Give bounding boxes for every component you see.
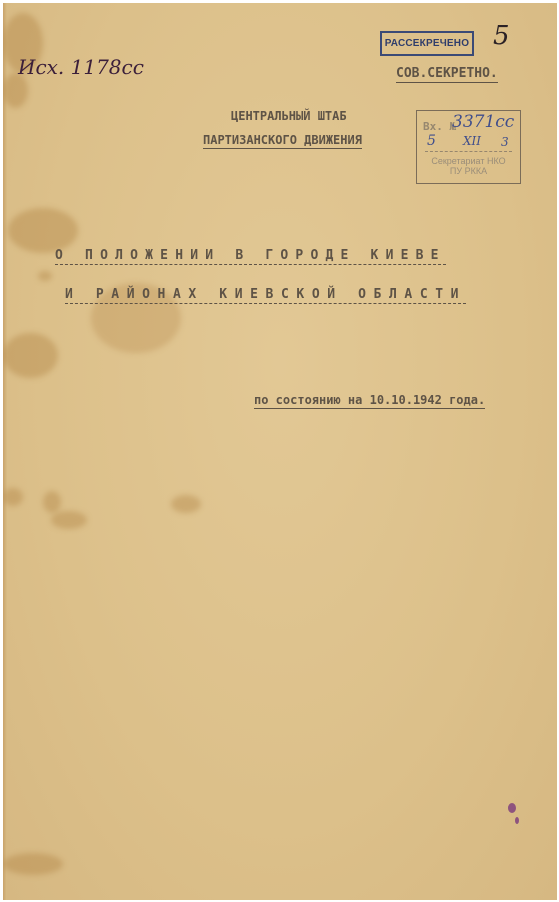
declassified-stamp: РАССЕКРЕЧЕНО — [380, 31, 474, 56]
stain — [8, 208, 78, 253]
registration-number: 3371сс — [452, 112, 514, 132]
registration-office: Секретариат НКО ПУ РККА — [417, 156, 520, 176]
ink-mark — [515, 817, 519, 824]
issuer-line-2: ПАРТИЗАНСКОГО ДВИЖЕНИЯ — [203, 133, 362, 149]
registration-stamp: Вх. № 3371сс 5 XII 3 Секретариат НКО ПУ … — [416, 110, 521, 184]
paper-edge — [3, 3, 7, 900]
stain — [51, 511, 87, 529]
registration-month: XII — [463, 134, 481, 148]
title-line-2: И РАЙОНАХ КИЕВСКОЙ ОБЛАСТИ — [65, 287, 466, 304]
office-line-2: ПУ РККА — [417, 166, 520, 176]
office-line-1: Секретариат НКО — [417, 156, 520, 166]
as-of-date: по состоянию на 10.10.1942 года. — [254, 393, 485, 409]
issuer-line-1: ЦЕНТРАЛЬНЫЙ ШТАБ — [231, 109, 347, 123]
stain — [3, 488, 23, 506]
handwritten-page-number: 5 — [493, 21, 510, 51]
date-line — [425, 151, 512, 152]
registration-day: 5 — [427, 133, 436, 149]
stain — [38, 271, 52, 281]
stain — [3, 853, 63, 875]
stain — [171, 495, 201, 513]
classification-label: СОВ.СЕКРЕТНО. — [396, 66, 498, 83]
ink-mark — [508, 803, 516, 813]
title-line-1: О ПОЛОЖЕНИИ В ГОРОДЕ КИЕВЕ — [55, 248, 446, 265]
registration-year: 3 — [501, 135, 509, 149]
handwritten-outgoing-number: Исх. 1178сс — [18, 55, 144, 79]
document-page: Исх. 1178сс РАССЕКРЕЧЕНО 5 СОВ.СЕКРЕТНО.… — [3, 3, 557, 900]
stain — [3, 333, 58, 378]
stain — [43, 491, 61, 513]
